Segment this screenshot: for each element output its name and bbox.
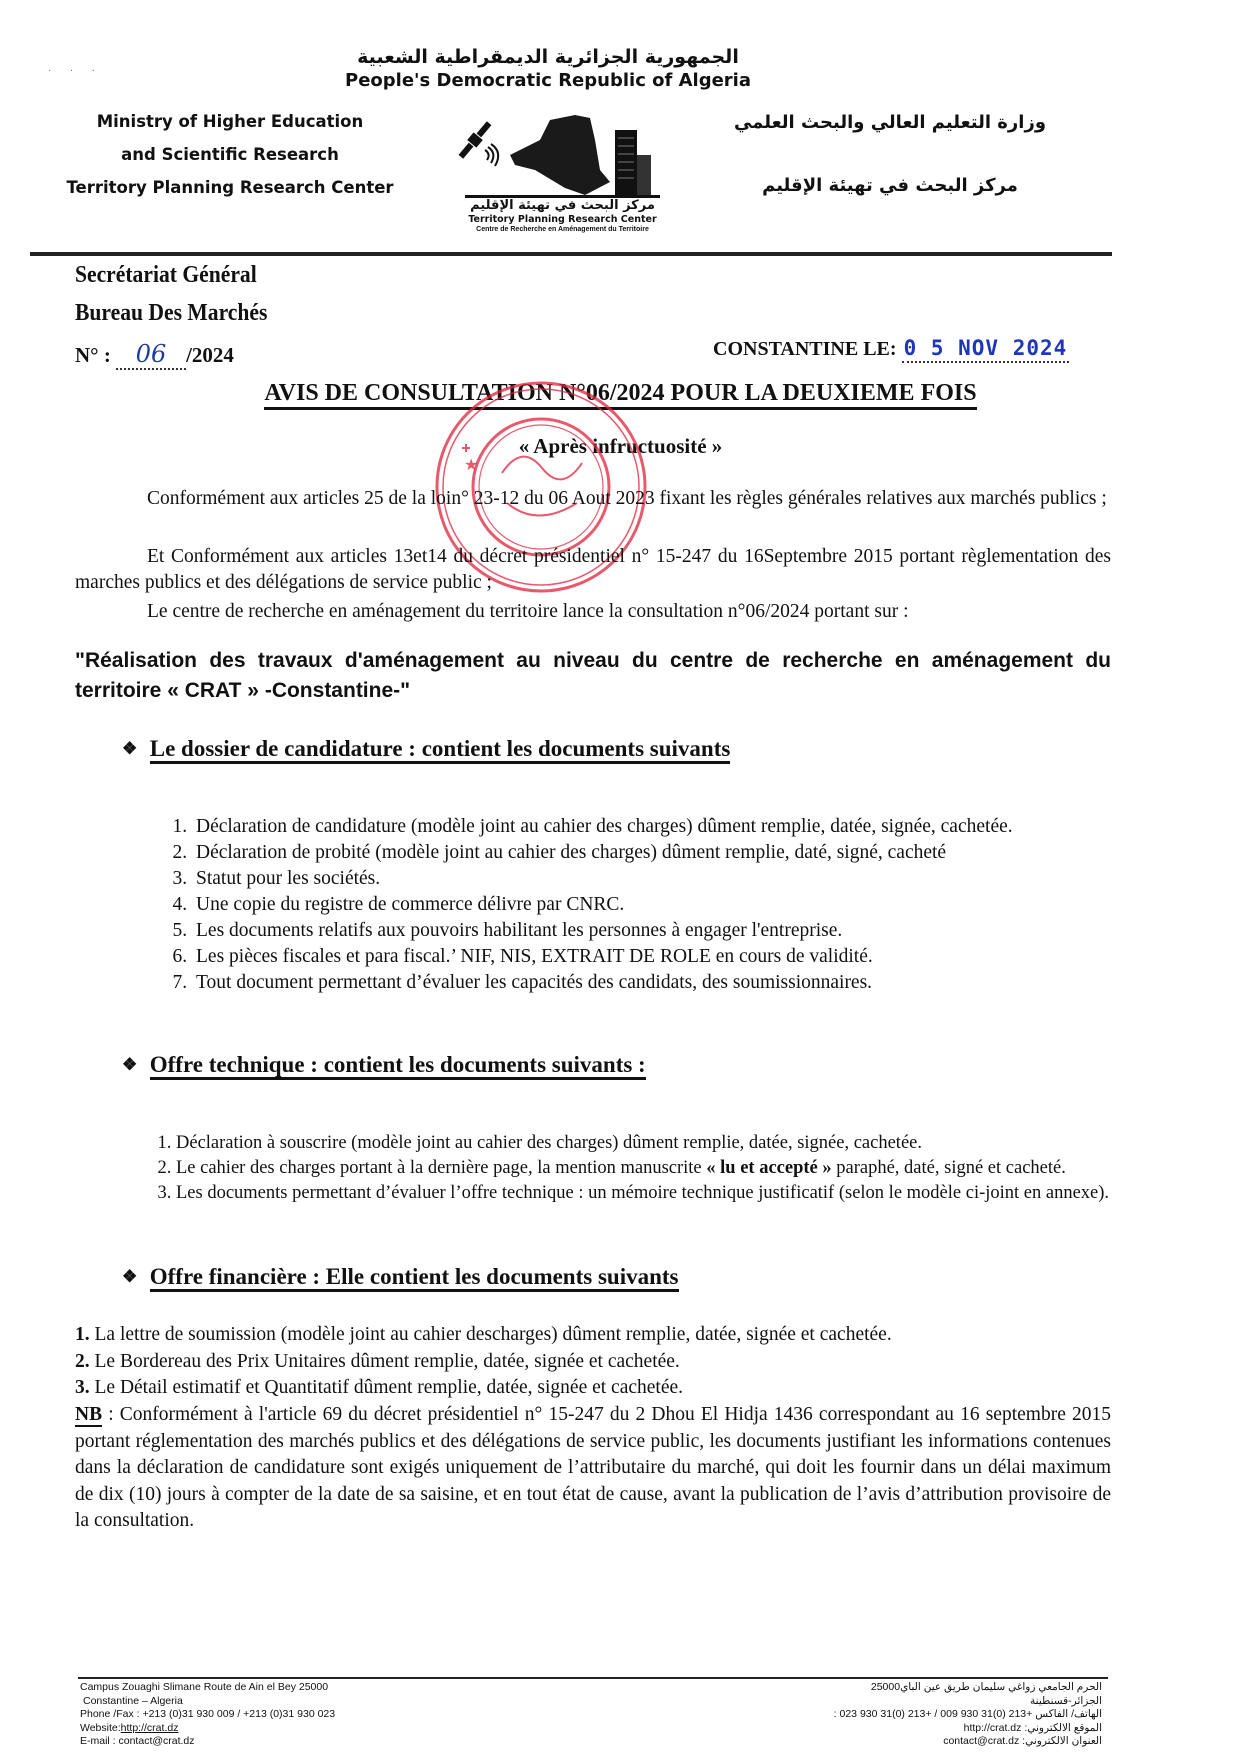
- diamond-bullet-icon: ❖: [122, 1267, 144, 1287]
- list-item: Déclaration de probité (modèle joint au …: [192, 840, 1152, 866]
- header-right-block: وزارة التعليم العالي والبحث العلمي مركز …: [700, 112, 1080, 196]
- footer-phone: Phone /Fax : +213 (0)31 930 009 / +213 (…: [80, 1708, 500, 1722]
- section-candidature-heading: ❖ Le dossier de candidature : contient l…: [122, 736, 730, 762]
- footer-website: Website:http://crat.dz: [80, 1722, 500, 1736]
- nb-text: : Conformément à l'article 69 du décret …: [75, 1404, 1111, 1531]
- footer-city-ar: الجزائر-قسنطينة: [700, 1695, 1102, 1709]
- date-stamp: 0 5 NOV 2024: [904, 336, 1068, 360]
- website-link[interactable]: http://crat.dz: [121, 1722, 179, 1734]
- section-technique-heading: ❖ Offre technique : contient les documen…: [122, 1052, 646, 1078]
- scan-specks: · · ·: [48, 66, 103, 77]
- bureau-label: Bureau Des Marchés: [75, 300, 267, 327]
- diamond-bullet-icon: ❖: [122, 1055, 144, 1075]
- section-financiere-heading: ❖ Offre financière : Elle contient les d…: [122, 1264, 679, 1290]
- list-item: Statut pour les sociétés.: [192, 866, 1152, 892]
- list-item: Déclaration de candidature (modèle joint…: [192, 814, 1152, 840]
- number-suffix: /2024: [186, 343, 234, 367]
- place-date: CONSTANTINE LE: 0 5 NOV 2024: [713, 336, 1069, 363]
- reference-number: N° : 06/2024: [75, 340, 234, 370]
- ministry-line-1: Ministry of Higher Education: [60, 112, 400, 132]
- handwritten-number: 06: [136, 340, 167, 368]
- center-arabic: مركز البحث في تهيئة الإقليم: [700, 175, 1080, 196]
- footer-city: Constantine – Algeria: [80, 1695, 500, 1709]
- header-divider: [30, 252, 1112, 256]
- financiere-item: 1. La lettre de soumission (modèle joint…: [75, 1322, 1111, 1348]
- list-item: Les documents permettant d’évaluer l’off…: [176, 1181, 1148, 1206]
- consultation-object: "Réalisation des travaux d'aménagement a…: [75, 646, 1111, 706]
- footer-address-ar: الحرم الجامعي زواغي سليمان طريق عين البا…: [700, 1681, 1102, 1695]
- crat-logo-satellite-map-building-icon: [455, 110, 670, 198]
- footer-email: E-mail : contact@crat.dz: [80, 1735, 500, 1749]
- logo-caption-english: Territory Planning Research Center: [455, 214, 670, 225]
- logo-caption-french: Centre de Recherche en Aménagement du Te…: [455, 226, 670, 233]
- ministry-line-2: and Scientific Research: [60, 145, 400, 165]
- crat-logo: مركز البحث في تهيئة الإقليم Territory Pl…: [455, 110, 670, 235]
- list-item: Les pièces fiscales et para fiscal.’ NIF…: [192, 944, 1152, 970]
- republic-english: People's Democratic Republic of Algeria: [318, 70, 778, 91]
- intro-paragraph-2: Et Conformément aux articles 13et14 du d…: [75, 544, 1111, 596]
- list-item: Tout document permettant d’évaluer les c…: [192, 970, 1152, 996]
- nb-paragraph: NB : Conformément à l'article 69 du décr…: [75, 1402, 1111, 1535]
- footer-phone-ar: الهاتف/ الفاكس +213 (0)31 930 009 / +213…: [700, 1708, 1102, 1722]
- list-item: Le cahier des charges portant à la derni…: [176, 1156, 1148, 1181]
- footer-email-ar: العنوان الالكتروني: contact@crat.dz: [700, 1735, 1102, 1749]
- financiere-item: 2. Le Bordereau des Prix Unitaires dûmen…: [75, 1349, 1111, 1375]
- financiere-item: 3. Le Détail estimatif et Quantitatif dû…: [75, 1375, 1111, 1401]
- footer-divider: [78, 1677, 1108, 1679]
- footer-right: الحرم الجامعي زواغي سليمان طريق عين البا…: [700, 1681, 1102, 1749]
- header-left-block: Ministry of Higher Education and Scienti…: [60, 112, 400, 211]
- list-item: Déclaration à souscrire (modèle joint au…: [176, 1131, 1148, 1156]
- footer-website-ar: الموقع الالكتروني: http://crat.dz: [700, 1722, 1102, 1736]
- intro-paragraph-1: Conformément aux articles 25 de la loin°…: [75, 486, 1111, 512]
- list-item: Les documents relatifs aux pouvoirs habi…: [192, 918, 1152, 944]
- list-item: Une copie du registre de commerce délivr…: [192, 892, 1152, 918]
- nb-label: NB: [75, 1404, 102, 1427]
- diamond-bullet-icon: ❖: [122, 739, 144, 759]
- footer-left: Campus Zouaghi Slimane Route de Ain el B…: [80, 1681, 500, 1749]
- intro-paragraph-3: Le centre de recherche en aménagement du…: [75, 599, 1111, 625]
- technique-list: Déclaration à souscrire (modèle joint au…: [138, 1131, 1148, 1206]
- candidature-list: Déclaration de candidature (modèle joint…: [150, 814, 1152, 996]
- department-label: Secrétariat Général: [75, 262, 257, 289]
- number-label: N° :: [75, 343, 111, 367]
- center-name: Territory Planning Research Center: [60, 178, 400, 198]
- footer-address: Campus Zouaghi Slimane Route de Ain el B…: [80, 1681, 500, 1695]
- republic-arabic: الجمهورية الجزائرية الديمقراطية الشعبية: [318, 46, 778, 68]
- svg-text:★: ★: [464, 455, 478, 474]
- ministry-arabic: وزارة التعليم العالي والبحث العلمي: [700, 112, 1080, 133]
- logo-caption-arabic: مركز البحث في تهيئة الإقليم: [455, 198, 670, 213]
- place-label: CONSTANTINE LE:: [713, 338, 897, 360]
